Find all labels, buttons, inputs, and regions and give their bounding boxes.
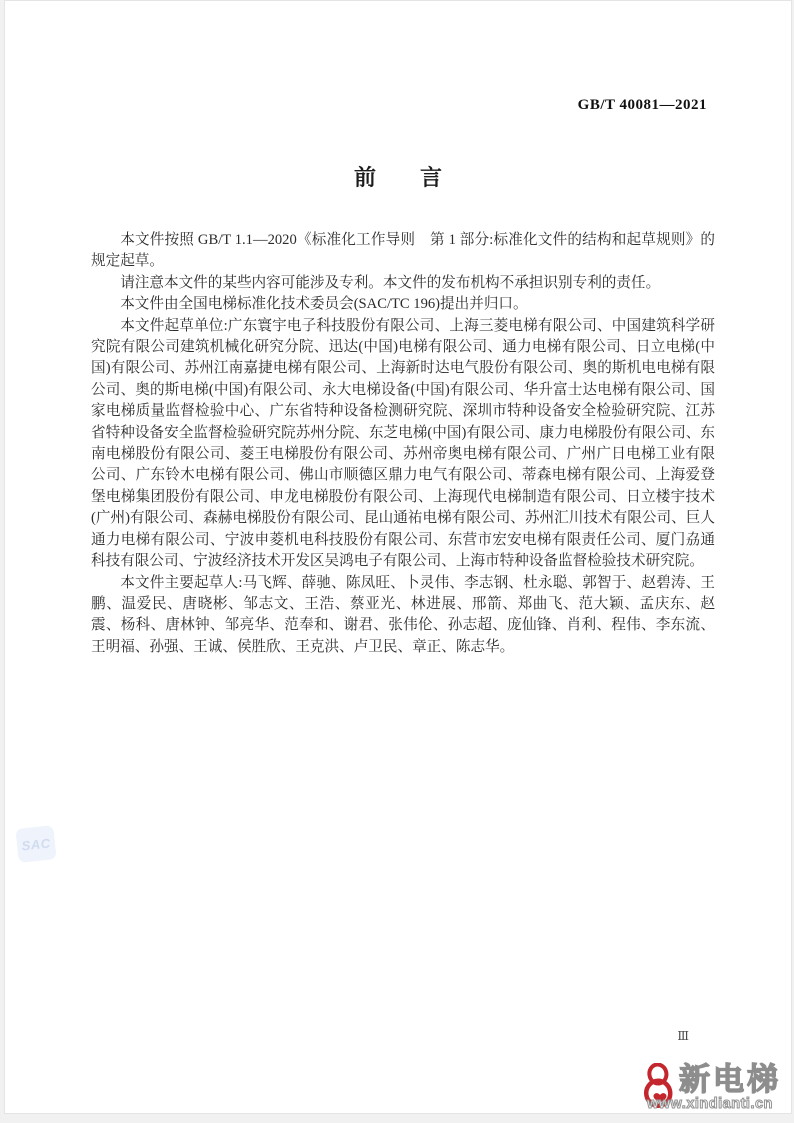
logo-website-url: www.xindianti.cn: [647, 1096, 773, 1112]
standard-number: GB/T 40081—2021: [578, 97, 707, 114]
page-number: Ⅲ: [677, 1029, 689, 1044]
page-title: 前 言: [5, 161, 791, 192]
paragraph-basis: 本文件按照 GB/T 1.1—2020《标准化工作导则 第 1 部分:标准化文件…: [91, 230, 715, 273]
logo-brand-text: 新电梯: [679, 1054, 781, 1099]
xindianti-logo: 新电梯 www.xindianti.cn: [639, 1056, 794, 1112]
paragraph-committee: 本文件由全国电梯标准化技术委员会(SAC/TC 196)提出并归口。: [91, 294, 715, 315]
sac-watermark-icon: SAC: [15, 825, 56, 863]
paragraph-drafters: 本文件主要起草人:马飞辉、薛驰、陈凤旺、卜灵伟、李志钢、杜永聪、郭智于、赵碧涛、…: [91, 573, 715, 659]
document-page: GB/T 40081—2021 前 言 本文件按照 GB/T 1.1—2020《…: [4, 0, 792, 1114]
paragraph-patent-notice: 请注意本文件的某些内容可能涉及专利。本文件的发布机构不承担识别专利的责任。: [91, 273, 715, 294]
paragraph-drafting-organizations: 本文件起草单位:广东寰宇电子科技股份有限公司、上海三菱电梯有限公司、中国建筑科学…: [91, 316, 715, 573]
document-body: 本文件按照 GB/T 1.1—2020《标准化工作导则 第 1 部分:标准化文件…: [91, 230, 715, 658]
